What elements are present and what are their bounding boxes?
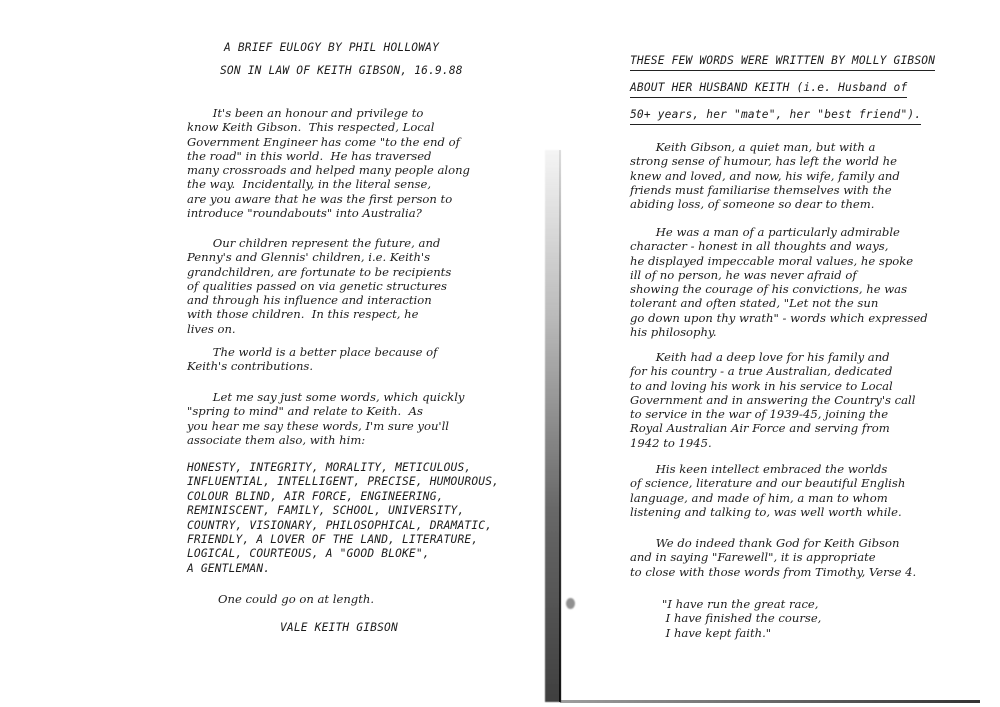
tribute-heading-line-1: THESE FEW WORDS WERE WRITTEN BY MOLLY GI…	[630, 53, 935, 68]
eulogy-subtitle: SON IN LAW OF KEITH GIBSON, 16.9.88	[220, 63, 463, 78]
tribute-paragraph-1: Keith Gibson, a quiet man, but with a st…	[630, 140, 900, 211]
eulogy-paragraph-4: Let me say just some words, which quickl…	[187, 390, 464, 447]
tribute-paragraph-3: Keith had a deep love for his family and…	[630, 350, 915, 450]
tribute-paragraph-5: We do indeed thank God for Keith Gibson …	[630, 536, 916, 579]
tribute-paragraph-4: His keen intellect embraced the worlds o…	[630, 462, 905, 519]
page-bottom-edge	[560, 700, 980, 703]
tribute-heading-text-2: ABOUT HER HUSBAND KEITH (i.e. Husband of	[630, 81, 907, 98]
eulogy-vale-line: VALE KEITH GIBSON	[280, 620, 398, 635]
tribute-closing-quote: "I have run the great race, I have finis…	[662, 597, 821, 640]
eulogy-title: A BRIEF EULOGY BY PHIL HOLLOWAY	[224, 40, 439, 55]
tribute-paragraph-2: He was a man of a particularly admirable…	[630, 225, 928, 339]
eulogy-paragraph-2: Our children represent the future, and P…	[187, 236, 451, 336]
eulogy-closing-line: One could go on at length.	[218, 592, 374, 606]
eulogy-paragraph-1: It's been an honour and privilege to kno…	[187, 106, 470, 220]
eulogy-paragraph-3: The world is a better place because of K…	[187, 345, 437, 374]
tribute-heading-text-1: THESE FEW WORDS WERE WRITTEN BY MOLLY GI…	[630, 54, 935, 71]
tribute-heading-line-3: 50+ years, her "mate", her "best friend"…	[630, 107, 921, 122]
scan-speck	[566, 598, 575, 609]
tribute-heading-text-3: 50+ years, her "mate", her "best friend"…	[630, 108, 921, 125]
page-fold-edge	[559, 150, 561, 702]
eulogy-words-list: HONESTY, INTEGRITY, MORALITY, METICULOUS…	[187, 461, 499, 576]
tribute-heading-line-2: ABOUT HER HUSBAND KEITH (i.e. Husband of	[630, 80, 907, 95]
